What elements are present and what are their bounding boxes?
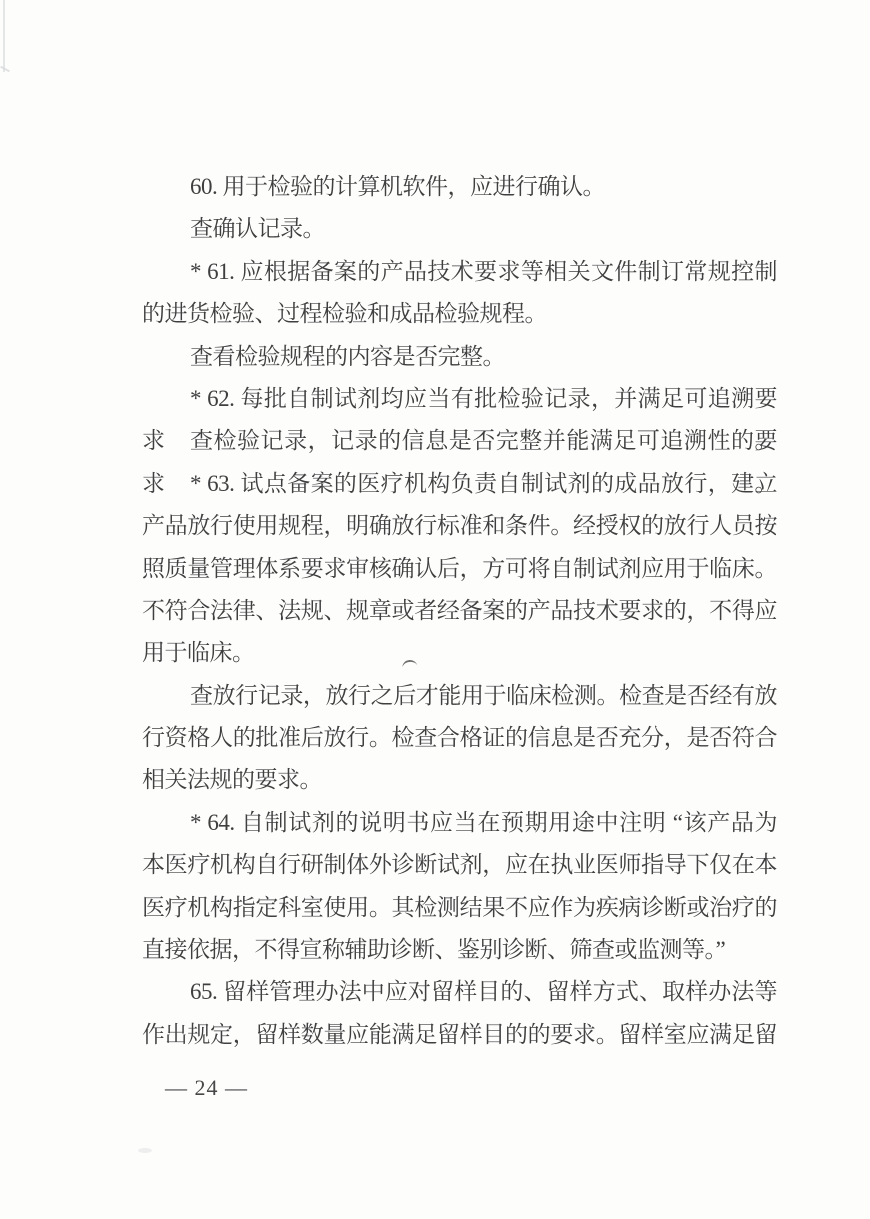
scan-smudge-artifact bbox=[138, 1148, 152, 1153]
doc-line: 查看检验规程的内容是否完整。 bbox=[142, 336, 777, 378]
doc-line: 用于临床。 bbox=[142, 632, 777, 674]
doc-line: 60. 用于检验的计算机软件，应进行确认。 bbox=[142, 166, 777, 208]
doc-line: 的进货检验、过程检验和成品检验规程。 bbox=[142, 293, 777, 335]
scan-edge-hook-artifact bbox=[0, 66, 10, 72]
doc-line: 本医疗机构自行研制体外诊断试剂，应在执业医师指导下仅在本 bbox=[142, 844, 777, 886]
doc-line: 查检验记录，记录的信息是否完整并能满足可追溯性的要求。 bbox=[142, 420, 777, 462]
doc-line: * 64. 自制试剂的说明书应当在预期用途中注明 “该产品为 bbox=[142, 802, 777, 844]
doc-line: 医疗机构指定科室使用。其检测结果不应作为疾病诊断或治疗的 bbox=[142, 887, 777, 929]
doc-line: 相关法规的要求。 bbox=[142, 759, 777, 801]
doc-line: * 61. 应根据备案的产品技术要求等相关文件制订常规控制 bbox=[142, 251, 777, 293]
doc-line: 65. 留样管理办法中应对留样目的、留样方式、取样办法等 bbox=[142, 971, 777, 1013]
scanned-document-page: 60. 用于检验的计算机软件，应进行确认。 查确认记录。 * 61. 应根据备案… bbox=[0, 0, 870, 1219]
doc-line: * 62. 每批自制试剂均应当有批检验记录，并满足可追溯要求。 bbox=[142, 378, 777, 420]
doc-line: 不符合法律、法规、规章或者经备案的产品技术要求的，不得应 bbox=[142, 590, 777, 632]
doc-line: 直接依据，不得宣称辅助诊断、鉴别诊断、筛查或监测等。” bbox=[142, 929, 777, 971]
document-body-text: 60. 用于检验的计算机软件，应进行确认。 查确认记录。 * 61. 应根据备案… bbox=[142, 166, 777, 1056]
doc-line: 作出规定，留样数量应能满足留样目的的要求。留样室应满足留 bbox=[142, 1014, 777, 1056]
doc-line: 照质量管理体系要求审核确认后，方可将自制试剂应用于临床。 bbox=[142, 548, 777, 590]
doc-line: 产品放行使用规程，明确放行标准和条件。经授权的放行人员按 bbox=[142, 505, 777, 547]
doc-line: 查放行记录，放行之后才能用于临床检测。检查是否经有放 bbox=[142, 675, 777, 717]
doc-line: 查确认记录。 bbox=[142, 208, 777, 250]
doc-line: * 63. 试点备案的医疗机构负责自制试剂的成品放行，建立 bbox=[142, 463, 777, 505]
scan-edge-line-artifact bbox=[3, 0, 5, 72]
doc-line: 行资格人的批准后放行。检查合格证的信息是否充分，是否符合 bbox=[142, 717, 777, 759]
page-number: — 24 — bbox=[165, 1068, 248, 1108]
